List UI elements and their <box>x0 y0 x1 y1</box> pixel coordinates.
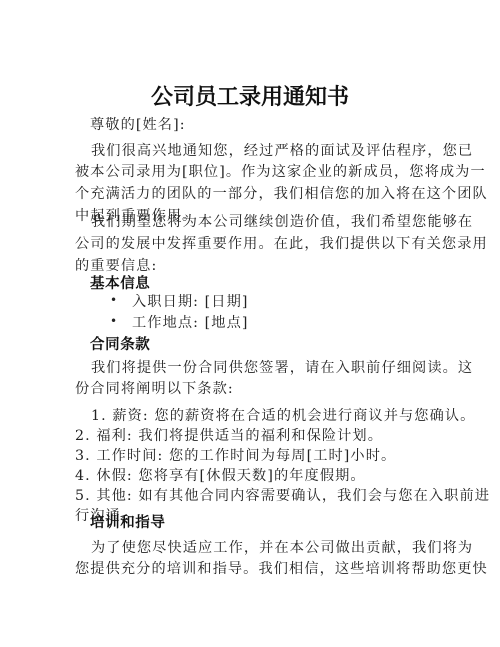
list-item: 入职日期: [日期] <box>132 291 249 311</box>
salutation: 尊敬的[姓名]: <box>90 114 186 134</box>
paragraph-line: 我们将提供一份合同供您签署，请在入职前仔细阅读。这 <box>91 357 473 377</box>
section-heading: 基本信息 <box>90 272 150 293</box>
document-page: 公司员工录用通知书 尊敬的[姓名]: 我们很高兴地通知您，经过严格的面试及评估程… <box>0 0 500 647</box>
list-item: 2. 福利: 我们将提供适当的福利和保险计划。 <box>75 425 383 445</box>
paragraph-line: 份合同将阐明以下条款: <box>75 378 234 398</box>
paragraph-line: 个充满活力的团队的一部分，我们相信您的加入将在这个团队 <box>75 183 488 203</box>
bullet-icon: • <box>110 293 117 307</box>
list-item: 1. 薪资: 您的薪资将在合适的机会进行商议并与您确认。 <box>91 405 475 425</box>
list-item: 4. 休假: 您将享有[休假天数]的年度假期。 <box>75 465 366 485</box>
list-item: 3. 工作时间: 您的工作时间为每周[工时]小时。 <box>75 445 396 465</box>
paragraph-line: 为了使您尽快适应工作，并在本公司做出贡献，我们将为 <box>91 537 473 557</box>
paragraph-line: 我们期望您将为本公司继续创造价值，我们希望您能够在 <box>91 211 473 231</box>
list-item: 5. 其他: 如有其他合同内容需要确认，我们会与您在入职前进 <box>75 485 490 505</box>
list-item: 工作地点: [地点] <box>132 312 249 332</box>
paragraph-line: 我们很高兴地通知您，经过严格的面试及评估程序，您已 <box>91 140 473 160</box>
section-heading: 培训和指导 <box>90 511 166 532</box>
paragraph-line: 被本公司录用为[职位]。作为这家企业的新成员，您将成为一 <box>75 161 486 181</box>
paragraph-line: 公司的发展中发挥重要作用。在此，我们提供以下有关您录用 <box>75 233 488 253</box>
paragraph-line: 您提供充分的培训和指导。我们相信，这些培训将帮助您更快 <box>75 558 488 578</box>
document-title: 公司员工录用通知书 <box>0 80 500 111</box>
bullet-icon: • <box>110 314 117 328</box>
section-heading: 合同条款 <box>90 333 150 354</box>
